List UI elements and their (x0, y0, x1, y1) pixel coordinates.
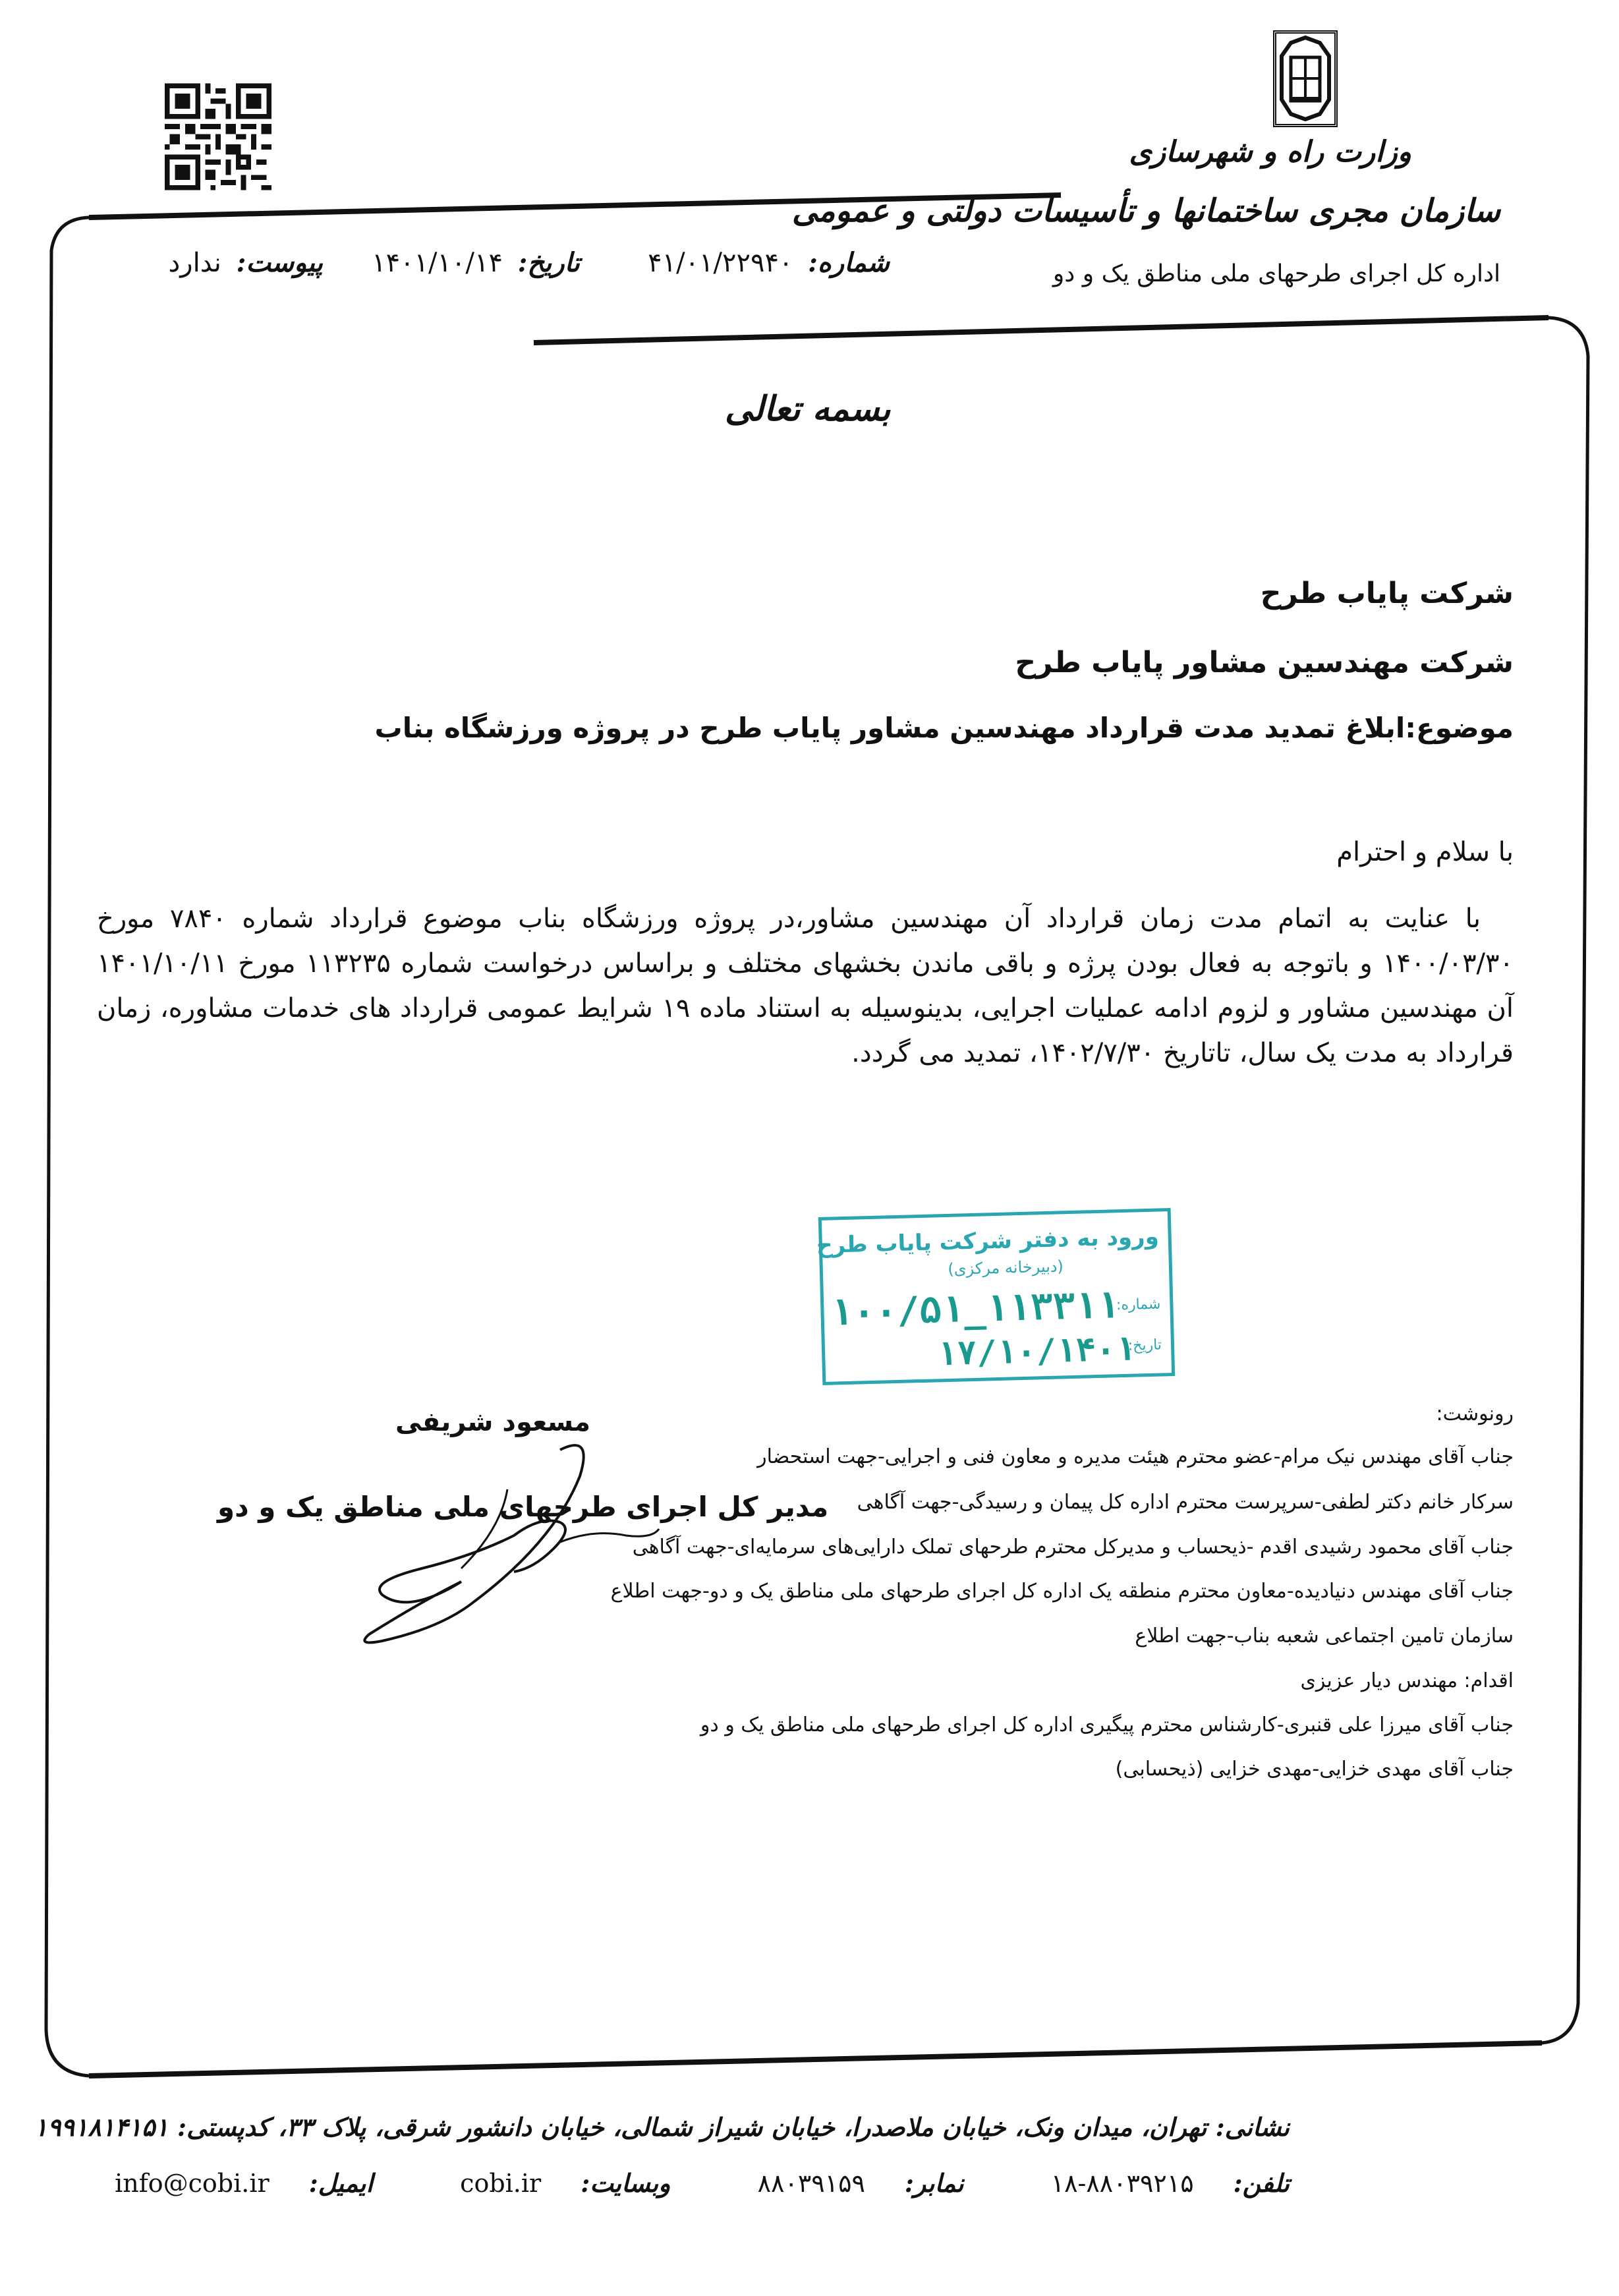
letter-date-value: ۱۴۰۱/۱۰/۱۴ (372, 248, 503, 278)
letter-subject: موضوع:ابلاغ تمدید مدت قرارداد مهندسین مش… (374, 712, 1514, 744)
letter-number: شماره: ۴۱/۰۱/۲۲۹۴۰ (648, 247, 890, 278)
cc-line: جناب آقای محمود رشیدی اقدم -ذیحساب و مدی… (633, 1535, 1514, 1559)
letter-number-label: شماره: (808, 247, 890, 278)
stamp-date-value: ۱۷/۱۰/۱۴۰۱ (936, 1330, 1135, 1373)
footer-contacts: تلفن:۸۸۰۳۹۲۱۵-۱۸ نمابر:۸۸۰۳۹۱۵۹ وبسایت:c… (36, 2168, 1290, 2198)
bismillah-heading: بسمه تعالی (725, 389, 891, 429)
letter-body: با عنایت به اتمام مدت زمان قرارداد آن مه… (97, 896, 1514, 1076)
footer-website[interactable]: وبسایت:cobi.ir (420, 2169, 670, 2198)
letter-date-label: تاریخ: (518, 247, 580, 278)
stamp-number-value: ۱۰۰/۵۱_۱۱۳۳۱۱ (830, 1284, 1120, 1334)
letter-number-value: ۴۱/۰۱/۲۲۹۴۰ (648, 248, 793, 278)
stamp-number-label: شماره: (1116, 1296, 1161, 1313)
cc-title: رونوشت: (1436, 1402, 1514, 1425)
letter-attachment: پیوست: ندارد (168, 247, 323, 278)
letter-meta: شماره: ۴۱/۰۱/۲۲۹۴۰ تاریخ: ۱۴۰۱/۱۰/۱۴ پیو… (145, 247, 890, 287)
stamp-title: ورود به دفتر شرکت پایاب طرح (816, 1224, 1159, 1259)
letter-attachment-label: پیوست: (237, 247, 323, 278)
footer-address: نشانی: تهران، میدان ونک، خیابان ملاصدرا،… (34, 2112, 1290, 2142)
cc-line: اقدام: مهندس دیار عزیزی (1300, 1669, 1514, 1692)
cc-line: جناب آقای مهندس نیک مرام-عضو محترم هیئت … (757, 1445, 1514, 1468)
footer-fax: نمابر:۸۸۰۳۹۱۵۹ (718, 2169, 964, 2198)
cc-line: سازمان تامین اجتماعی شعبه بناب-جهت اطلاع (1135, 1624, 1514, 1648)
stamp-subtitle: (دبیرخانه مرکزی) (948, 1257, 1064, 1278)
cc-line: جناب آقای مهندس دنیادیده-معاون محترم منط… (611, 1580, 1514, 1603)
recipient-2: شرکت مهندسین مشاور پایاب طرح (1015, 646, 1514, 679)
letter-attachment-value: ندارد (168, 248, 221, 278)
cc-line: جناب آقای میرزا علی قنبری-کارشناس محترم … (700, 1713, 1514, 1736)
letter-date: تاریخ: ۱۴۰۱/۱۰/۱۴ (372, 247, 580, 278)
cc-line: جناب آقای مهدی خزایی-مهدی خزایی (ذیحسابی… (1116, 1758, 1514, 1781)
recipient-1: شرکت پایاب طرح (1261, 577, 1514, 610)
letter-body-paragraph: با عنایت به اتمام مدت زمان قرارداد آن مه… (97, 896, 1514, 1076)
signer-name: مسعود شریفی (395, 1407, 590, 1437)
cc-line: سرکار خانم دکتر لطفی-سرپرست محترم اداره … (857, 1491, 1514, 1514)
footer-email[interactable]: ایمیل:info@cobi.ir (75, 2169, 373, 2198)
letter-frame (0, 0, 1619, 2296)
footer-phone: تلفن:۸۸۰۳۹۲۱۵-۱۸ (1011, 2169, 1290, 2198)
receipt-stamp: ورود به دفتر شرکت پایاب طرح (دبیرخانه مر… (818, 1208, 1175, 1385)
letter-greeting: با سلام و احترام (1336, 837, 1514, 867)
